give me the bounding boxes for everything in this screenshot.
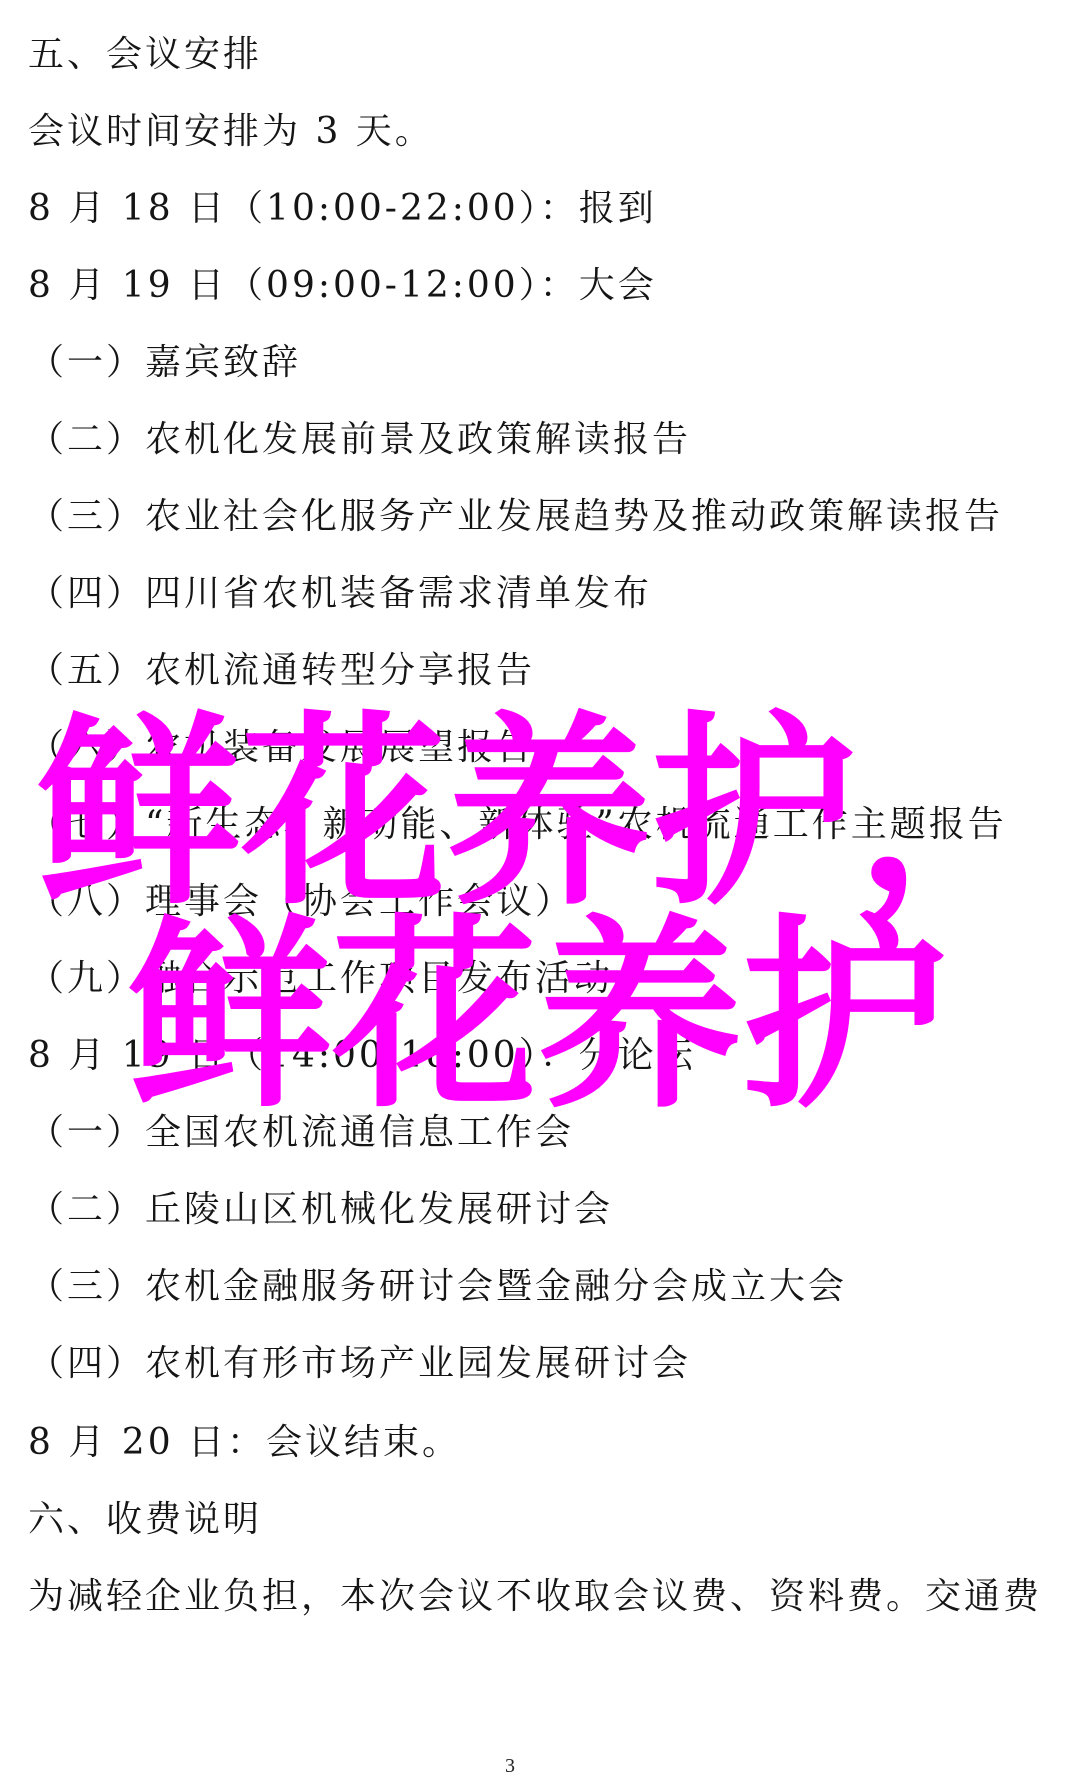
forum-item: （三）农机金融服务研讨会暨金融分会成立大会: [28, 1248, 847, 1325]
agenda-item: （四）四川省农机装备需求清单发布: [28, 555, 652, 632]
paragraph-fees: 为减轻企业负担，本次会议不收取会议费、资料费。交通费: [28, 1558, 1042, 1635]
document-page: 五、会议安排 会议时间安排为 3 天。 8 月 18 日（10:00-22:00…: [0, 0, 1080, 1790]
schedule-day-aug19-morning: 8 月 19 日（09:00-12:00）：大会: [28, 247, 657, 324]
agenda-item: （二）农机化发展前景及政策解读报告: [28, 401, 691, 478]
page-number: 3: [498, 1755, 522, 1778]
paragraph-duration: 会议时间安排为 3 天。: [28, 93, 434, 170]
agenda-item: （一）嘉宾致辞: [28, 324, 301, 401]
watermark-overlay-line-1: 鲜花养护，: [36, 712, 1061, 917]
forum-item: （四）农机有形市场产业园发展研讨会: [28, 1325, 691, 1402]
watermark-overlay-line-2: 鲜花养护: [127, 915, 947, 1120]
section-heading-meeting-schedule: 五、会议安排: [28, 16, 262, 93]
section-heading-fees: 六、收费说明: [28, 1481, 262, 1558]
agenda-item: （三）农业社会化服务产业发展趋势及推动政策解读报告: [28, 478, 1003, 555]
schedule-day-aug20: 8 月 20 日：会议结束。: [28, 1404, 461, 1481]
schedule-day-aug18: 8 月 18 日（10:00-22:00）：报到: [28, 170, 657, 247]
forum-item: （二）丘陵山区机械化发展研讨会: [28, 1171, 613, 1248]
